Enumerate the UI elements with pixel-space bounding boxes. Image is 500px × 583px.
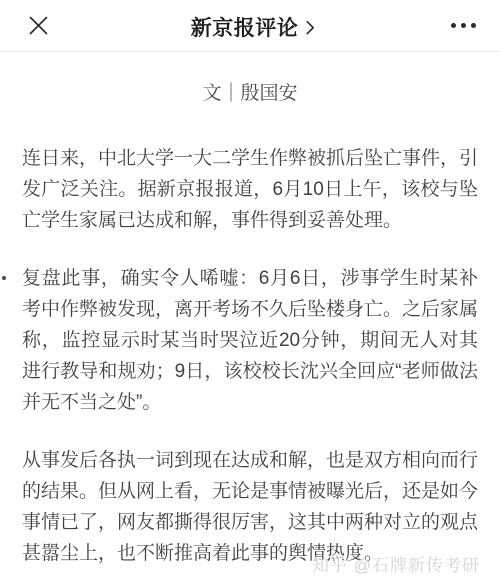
account-title-label: 新京报评论 bbox=[191, 12, 299, 42]
more-button[interactable] bbox=[451, 23, 476, 28]
article-body: 连日来，中北大学一大二学生作弊被抓后坠亡事件，引发广泛关注。据新京报报道，6月1… bbox=[0, 143, 500, 569]
close-button[interactable] bbox=[28, 15, 49, 36]
artifact-dot bbox=[2, 276, 6, 280]
more-icon bbox=[451, 23, 476, 28]
navbar: 新京报评论 bbox=[0, 0, 500, 52]
byline: 文｜殷国安 bbox=[0, 82, 500, 105]
paragraph-2: 复盘此事，确实令人唏嘘：6月6日，涉事学生时某补考中作弊被发现，离开考场不久后坠… bbox=[22, 263, 478, 418]
chevron-right-icon bbox=[305, 20, 314, 35]
account-title[interactable]: 新京报评论 bbox=[191, 12, 315, 42]
paragraph-1: 连日来，中北大学一大二学生作弊被抓后坠亡事件，引发广泛关注。据新京报报道，6月1… bbox=[22, 143, 478, 236]
close-icon bbox=[28, 15, 49, 36]
watermark: 知乎 @石牌新传考研 bbox=[312, 551, 480, 576]
